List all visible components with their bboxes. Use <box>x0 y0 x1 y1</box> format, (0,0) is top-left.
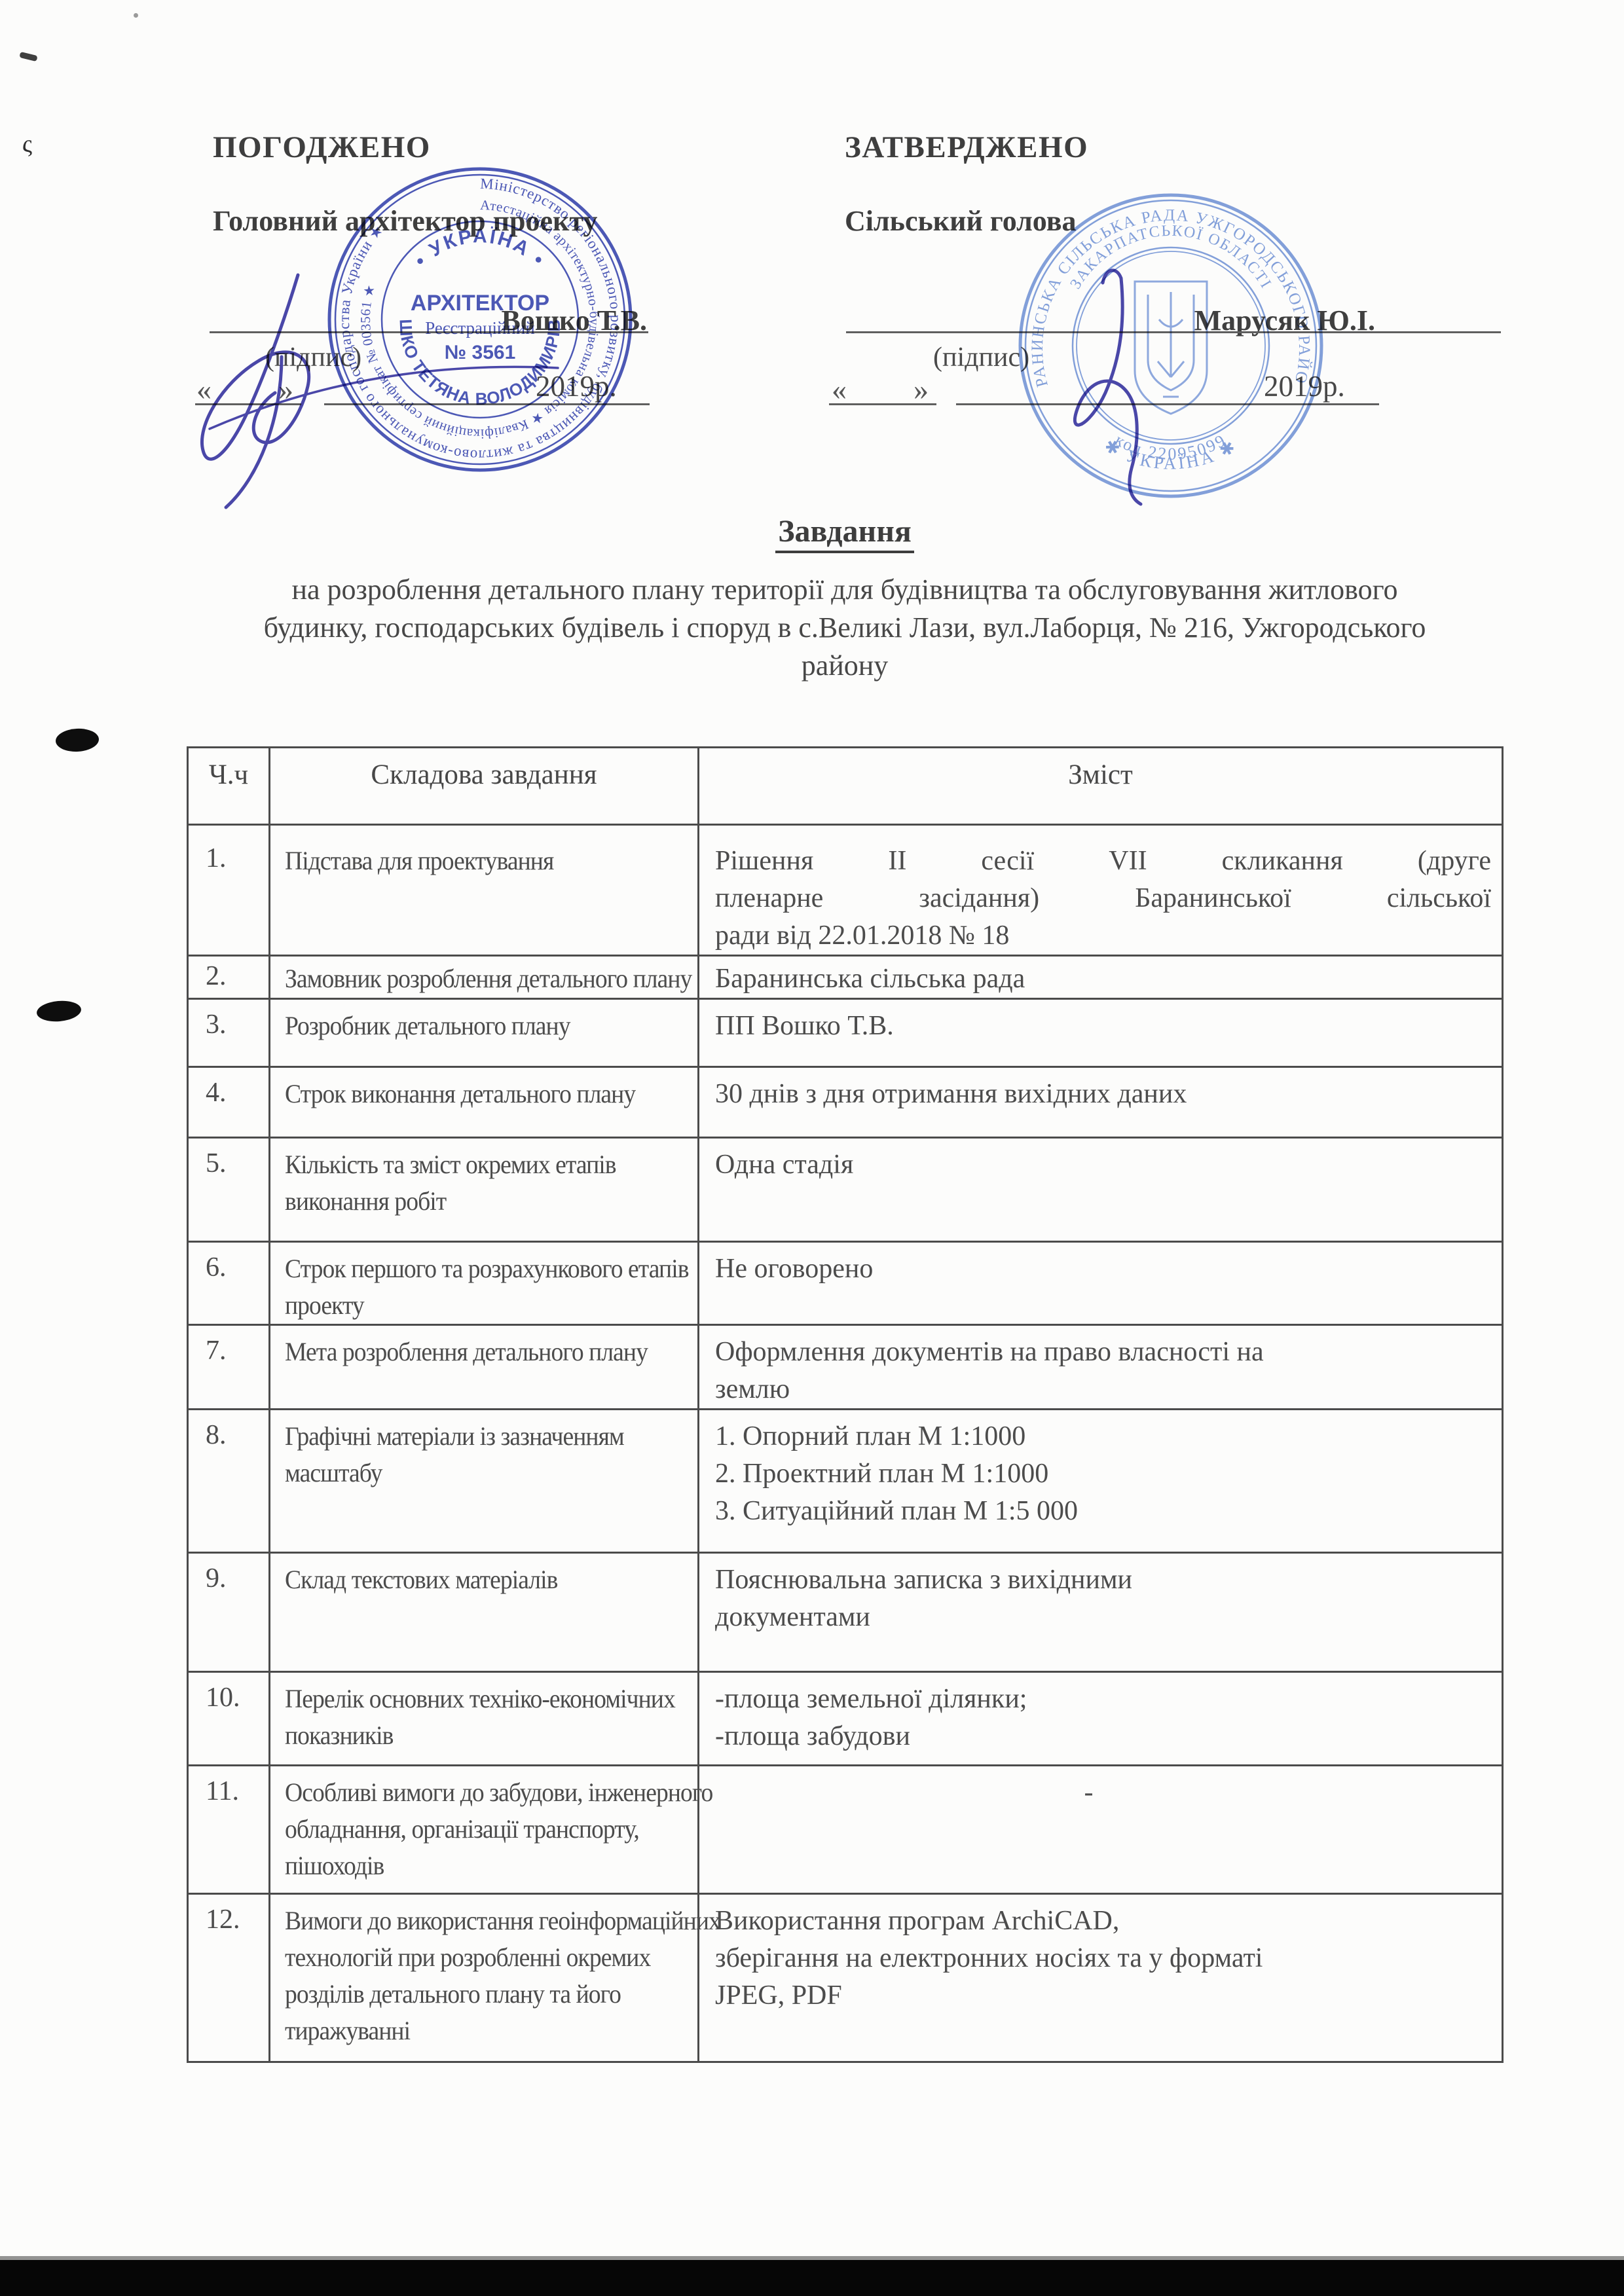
handwritten-signatures <box>0 0 1624 655</box>
cell-num: 8. <box>188 1410 270 1553</box>
cell-cont: Використання програм ArchiCAD,зберігання… <box>699 1894 1503 2062</box>
scanned-document-page: ς ПОГОДЖЕНО Головний архітектор проекту … <box>0 0 1624 2296</box>
cell-cont: ПП Вошко Т.В. <box>699 999 1503 1067</box>
cell-num: 4. <box>188 1067 270 1138</box>
cell-comp: Особливі вимоги до забудови, інженерного… <box>270 1766 699 1894</box>
cell-num: 11. <box>188 1766 270 1894</box>
task-table: Ч.ч Складова завдання Зміст 1.Підстава д… <box>187 746 1504 2063</box>
cell-cont: Рішення ІІ сесії VII скликання (другепле… <box>699 825 1503 956</box>
table-row: 7.Мета розроблення детального плануОформ… <box>188 1325 1503 1410</box>
cell-num: 12. <box>188 1894 270 2062</box>
table-row: 3.Розробник детального плануПП Вошко Т.В… <box>188 999 1503 1067</box>
table-row: 2.Замовник розроблення детального плануБ… <box>188 956 1503 999</box>
table-row: 6.Строк першого та розрахункового етапів… <box>188 1242 1503 1325</box>
table-row: 1.Підстава для проектуванняРішення ІІ се… <box>188 825 1503 956</box>
hole-punch-mark <box>55 727 100 752</box>
cell-num: 1. <box>188 825 270 956</box>
cell-num: 7. <box>188 1325 270 1410</box>
table-row: 10.Перелік основних техніко-економічнихп… <box>188 1672 1503 1766</box>
table-row: 12.Вимоги до використання геоінформаційн… <box>188 1894 1503 2062</box>
cell-cont: Пояснювальна записка з вихіднимидокумент… <box>699 1553 1503 1672</box>
cell-num: 9. <box>188 1553 270 1672</box>
cell-cont: - <box>699 1766 1503 1894</box>
signature-right <box>1075 278 1141 504</box>
scan-bottom-band <box>0 2260 1624 2296</box>
hole-punch-mark <box>36 999 82 1023</box>
cell-num: 10. <box>188 1672 270 1766</box>
table-row: 8.Графічні матеріали із зазначенняммасшт… <box>188 1410 1503 1553</box>
cell-comp: Перелік основних техніко-економічнихпока… <box>270 1672 699 1766</box>
cell-comp: Графічні матеріали із зазначенняммасштаб… <box>270 1410 699 1553</box>
document-subtitle: на розроблення детального плану територі… <box>124 571 1565 685</box>
cell-num: 5. <box>188 1138 270 1242</box>
table-row: 5.Кількість та зміст окремих етапіввикон… <box>188 1138 1503 1242</box>
table-row: 4.Строк виконання детального плану30 дні… <box>188 1067 1503 1138</box>
cell-comp: Мета розроблення детального плану <box>270 1325 699 1410</box>
cell-num: 3. <box>188 999 270 1067</box>
header-num: Ч.ч <box>188 748 270 825</box>
cell-cont: 30 днів з дня отримання вихідних даних <box>699 1067 1503 1138</box>
table-row: 11.Особливі вимоги до забудови, інженерн… <box>188 1766 1503 1894</box>
cell-cont: 1. Опорний план М 1:10002. Проектний пла… <box>699 1410 1503 1553</box>
cell-cont: Баранинська сільська рада <box>699 956 1503 999</box>
cell-cont: -площа земельної ділянки;-площа забудови <box>699 1672 1503 1766</box>
cell-cont: Оформлення документів на право власності… <box>699 1325 1503 1410</box>
table-header-row: Ч.ч Складова завдання Зміст <box>188 748 1503 825</box>
document-title: Завдання <box>157 513 1532 549</box>
cell-num: 2. <box>188 956 270 999</box>
cell-num: 6. <box>188 1242 270 1325</box>
cell-cont: Не оговорено <box>699 1242 1503 1325</box>
cell-comp: Підстава для проектування <box>270 825 699 956</box>
cell-comp: Вимоги до використання геоінформаційнихт… <box>270 1894 699 2062</box>
cell-comp: Замовник розроблення детального плану <box>270 956 699 999</box>
header-component: Складова завдання <box>270 748 699 825</box>
cell-cont: Одна стадія <box>699 1138 1503 1242</box>
header-content: Зміст <box>699 748 1503 825</box>
cell-comp: Розробник детального плану <box>270 999 699 1067</box>
table-row: 9.Склад текстових матеріалівПояснювальна… <box>188 1553 1503 1672</box>
cell-comp: Склад текстових матеріалів <box>270 1553 699 1672</box>
cell-comp: Строк виконання детального плану <box>270 1067 699 1138</box>
signature-left <box>202 275 308 459</box>
cell-comp: Строк першого та розрахункового етапівпр… <box>270 1242 699 1325</box>
cell-comp: Кількість та зміст окремих етапіввиконан… <box>270 1138 699 1242</box>
signature-right-hook <box>1103 270 1121 283</box>
